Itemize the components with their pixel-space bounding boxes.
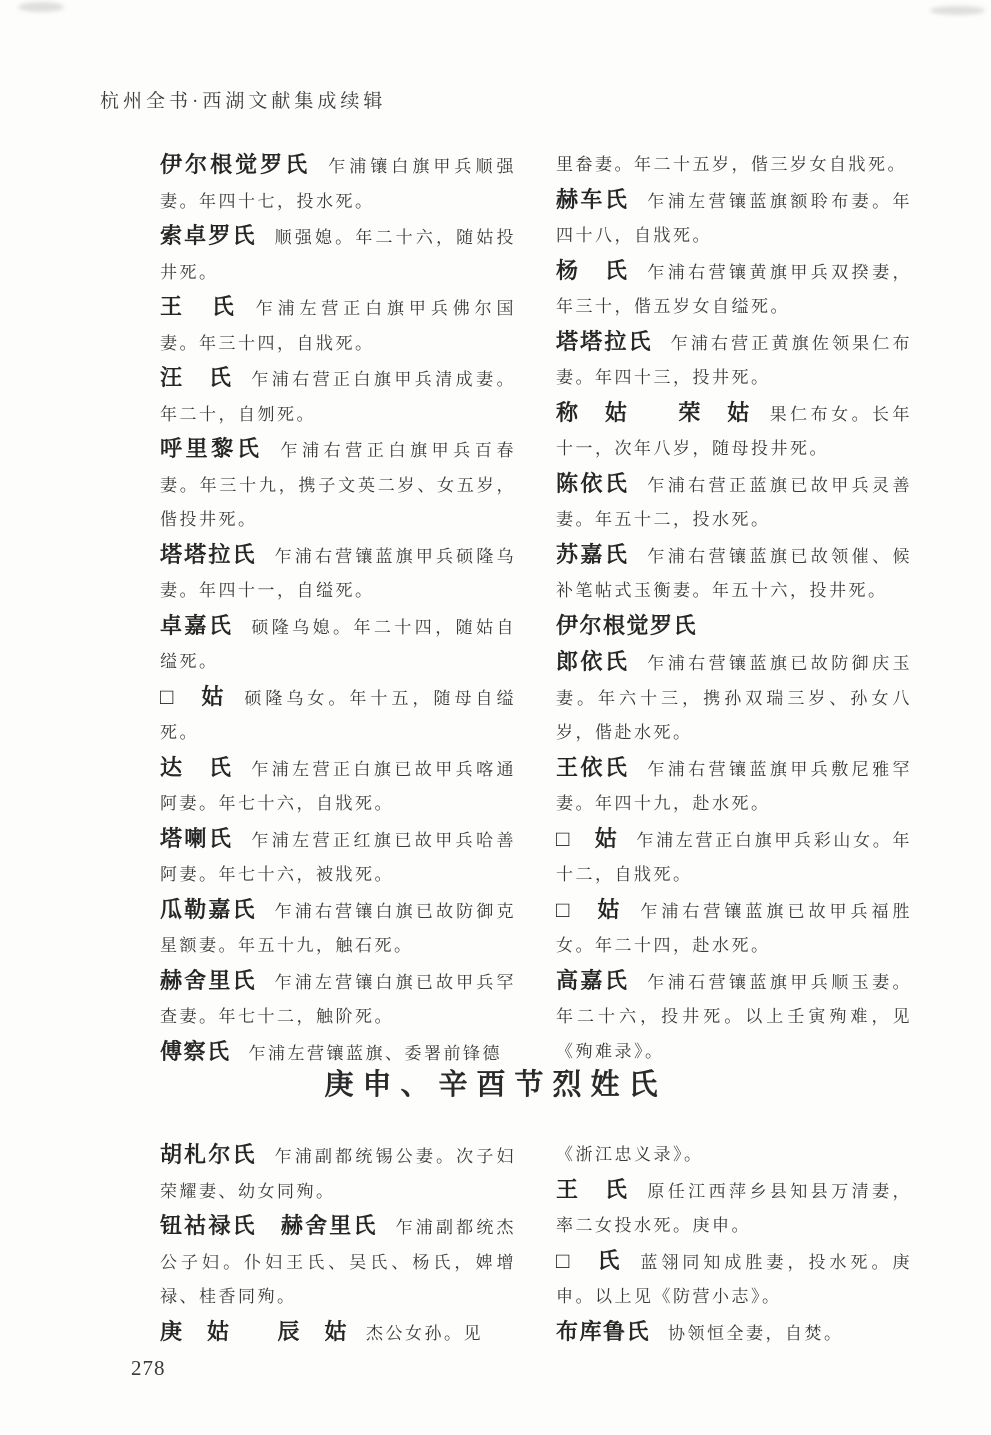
clan-name: 汪 氏	[160, 365, 233, 390]
clan-name: 王 氏	[160, 294, 238, 319]
entry: 呼里黎氏乍浦右营正白旗甲兵百春妻。年三十九，携子文英二岁、女五岁，偕投井死。	[160, 432, 516, 538]
clan-name: 王依氏	[556, 755, 629, 780]
scanned-book-page: 杭州全书·西湖文献集成续辑 伊尔根觉罗氏乍浦镶白旗甲兵顺强妻。年四十七，投水死。…	[0, 0, 991, 1435]
entry: 瓜勒嘉氏乍浦右营镶白旗已故防御克星额妻。年五十九，触石死。	[160, 893, 516, 964]
clan-name: 杨 氏	[556, 258, 629, 283]
clan-name: 塔塔拉氏	[556, 329, 653, 354]
entry: 庚 姑 辰 姑杰公女孙。见	[160, 1315, 516, 1352]
clan-name: 称 姑 荣 姑	[556, 400, 752, 425]
entry-description: 《浙江忠义录》。	[556, 1145, 704, 1164]
entry: 钮祜禄氏 赫舍里氏乍浦副都统杰公子妇。仆妇王氏、吴氏、杨氏，婢增禄、桂香同殉。	[160, 1209, 516, 1315]
clan-name: 陈依氏	[556, 471, 629, 496]
clan-name: 达 氏	[160, 755, 233, 780]
clan-name: 卓嘉氏	[160, 613, 233, 638]
column-block2-right: 《浙江忠义录》。王 氏原任江西萍乡县知县万清妻，率二女投水死。庚申。□ 氏蓝翎同…	[556, 1138, 912, 1351]
entry: 赫车氏乍浦左营镶蓝旗额聆布妻。年四十八，自戕死。	[556, 183, 912, 254]
column-block2-left: 胡札尔氏乍浦副都统锡公妻。次子妇荣耀妻、幼女同殉。钮祜禄氏 赫舍里氏乍浦副都统杰…	[160, 1138, 516, 1351]
entry: 郎依氏乍浦右营镶蓝旗已故防御庆玉妻。年六十三，携孙双瑞三岁、孙女八岁，偕赴水死。	[556, 645, 912, 751]
clan-name: 布库鲁氏	[556, 1319, 650, 1344]
entry: 胡札尔氏乍浦副都统锡公妻。次子妇荣耀妻、幼女同殉。	[160, 1138, 516, 1209]
clan-name: 赫车氏	[556, 187, 629, 212]
running-head: 杭州全书·西湖文献集成续辑	[100, 86, 386, 113]
entry-description: 乍浦左营镶蓝旗、委署前锋德	[249, 1044, 503, 1063]
entry-description: 里畚妻。年二十五岁，偕三岁女自戕死。	[556, 155, 907, 174]
entry: 称 姑 荣 姑果仁布女。长年十一，次年八岁，随母投井死。	[556, 396, 912, 467]
entry-description: 杰公女孙。见	[366, 1324, 483, 1343]
entry: 伊尔根觉罗氏乍浦镶白旗甲兵顺强妻。年四十七，投水死。	[160, 148, 516, 219]
entry: 塔塔拉氏乍浦右营正黄旗佐领果仁布妻。年四十三，投井死。	[556, 325, 912, 396]
entry: 索卓罗氏顺强媳。年二十六，随姑投井死。	[160, 219, 516, 290]
entry: 高嘉氏乍浦石营镶蓝旗甲兵顺玉妻。年二十六，投井死。以上壬寅殉难，见《殉难录》。	[556, 964, 912, 1070]
clan-name: 王 氏	[556, 1177, 629, 1202]
clan-name: 伊尔根觉罗氏	[556, 613, 697, 638]
clan-name: □ 姑	[556, 826, 618, 851]
entry: □ 姑硕隆乌女。年十五，随母自缢死。	[160, 680, 516, 751]
entry: 苏嘉氏乍浦右营镶蓝旗已故领催、候补笔帖式玉衡妻。年五十六，投井死。	[556, 538, 912, 609]
entry: 达 氏乍浦左营正白旗已故甲兵喀通阿妻。年七十六，自戕死。	[160, 751, 516, 822]
clan-name: 傅察氏	[160, 1039, 231, 1064]
entry: □ 姑乍浦左营正白旗甲兵彩山女。年十二，自戕死。	[556, 822, 912, 893]
entry: 塔塔拉氏乍浦右营镶蓝旗甲兵硕隆乌妻。年四十一，自缢死。	[160, 538, 516, 609]
clan-name: □ 氏	[556, 1248, 622, 1273]
clan-name: 苏嘉氏	[556, 542, 629, 567]
clan-name: □ 姑	[556, 897, 622, 922]
clan-name: 钮祜禄氏 赫舍里氏	[160, 1213, 378, 1238]
column-block1-right: 里畚妻。年二十五岁，偕三岁女自戕死。赫车氏乍浦左营镶蓝旗额聆布妻。年四十八，自戕…	[556, 148, 912, 1069]
entry: □ 姑乍浦右营镶蓝旗已故甲兵福胜女。年二十四，赴水死。	[556, 893, 912, 964]
page-number: 278	[131, 1356, 166, 1381]
entry: 赫舍里氏乍浦左营镶白旗已故甲兵罕查妻。年七十二，触阶死。	[160, 964, 516, 1035]
entry: 陈依氏乍浦右营正蓝旗已故甲兵灵善妻。年五十二，投水死。	[556, 467, 912, 538]
clan-name: □ 姑	[160, 684, 226, 709]
clan-name: 塔喇氏	[160, 826, 233, 851]
entry-description: 协领恒全妻，自焚。	[668, 1324, 844, 1343]
entry: 里畚妻。年二十五岁，偕三岁女自戕死。	[556, 148, 912, 183]
column-block1-left: 伊尔根觉罗氏乍浦镶白旗甲兵顺强妻。年四十七，投水死。索卓罗氏顺强媳。年二十六，随…	[160, 148, 516, 1071]
entry: 王 氏乍浦左营正白旗甲兵佛尔国妻。年三十四，自戕死。	[160, 290, 516, 361]
entry: 《浙江忠义录》。	[556, 1138, 912, 1173]
clan-name: 伊尔根觉罗氏	[160, 152, 310, 177]
scan-artifact	[930, 6, 985, 15]
entry: 王 氏原任江西萍乡县知县万清妻，率二女投水死。庚申。	[556, 1173, 912, 1244]
clan-name: 塔塔拉氏	[160, 542, 257, 567]
entry: 卓嘉氏硕隆乌媳。年二十四，随姑自缢死。	[160, 609, 516, 680]
entry: 杨 氏乍浦右营镶黄旗甲兵双揆妻，年三十，偕五岁女自缢死。	[556, 254, 912, 325]
clan-name: 高嘉氏	[556, 968, 629, 993]
clan-name: 赫舍里氏	[160, 968, 257, 993]
clan-name: 呼里黎氏	[160, 436, 262, 461]
entry: 塔喇氏乍浦左营正红旗已故甲兵哈善阿妻。年七十六，被戕死。	[160, 822, 516, 893]
entry: 布库鲁氏协领恒全妻，自焚。	[556, 1315, 912, 1352]
clan-name: 瓜勒嘉氏	[160, 897, 257, 922]
clan-name: 胡札尔氏	[160, 1142, 257, 1167]
entry: 王依氏乍浦右营镶蓝旗甲兵敷尼雅罕妻。年四十九，赴水死。	[556, 751, 912, 822]
section-title: 庚申、辛酉节烈姓氏	[0, 1062, 991, 1103]
clan-name: 索卓罗氏	[160, 223, 257, 248]
entry: 汪 氏乍浦右营正白旗甲兵清成妻。年二十，自刎死。	[160, 361, 516, 432]
entry: 伊尔根觉罗氏	[556, 609, 912, 646]
clan-name: 庚 姑 辰 姑	[160, 1319, 348, 1344]
clan-name: 郎依氏	[556, 649, 629, 674]
scan-artifact	[18, 2, 64, 12]
entry: □ 氏蓝翎同知成胜妻，投水死。庚申。以上见《防营小志》。	[556, 1244, 912, 1315]
